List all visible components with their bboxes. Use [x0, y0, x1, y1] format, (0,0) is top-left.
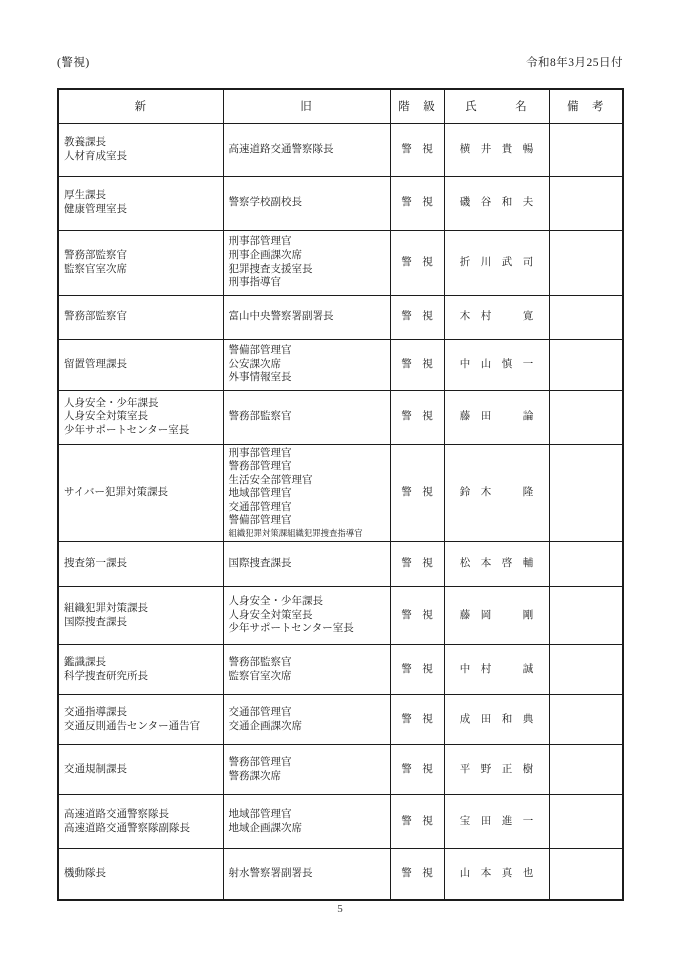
table-row: 人身安全・少年課長人身安全対策室長少年サポートセンター室長警務部監察官警 視藤 … — [58, 390, 623, 444]
table-row: 教養課長人材育成室長高速道路交通警察隊長警 視横 井 貴 暢 — [58, 123, 623, 176]
cell-old-post: 警務部管理官警務課次席 — [223, 745, 390, 795]
cell-line: 教養課長 — [64, 136, 218, 150]
cell-line: 科学捜査研究所長 — [64, 670, 218, 684]
cell-line: 少年サポートセンター室長 — [229, 622, 385, 636]
cell-remarks — [549, 745, 623, 795]
cell-line: 警 視 — [396, 557, 439, 571]
cell-old-post: 警務部監察官 — [223, 390, 390, 444]
cell-line: 警備部管理官 — [229, 514, 385, 528]
cell-new-post: 教養課長人材育成室長 — [58, 123, 223, 176]
cell-line: 警 視 — [396, 486, 439, 500]
cell-name: 鈴 木 隆 — [444, 444, 549, 542]
cell-name: 宝 田 進 一 — [444, 795, 549, 849]
cell-name: 横 井 貴 暢 — [444, 123, 549, 176]
cell-line: 中 山 慎 一 — [450, 358, 544, 372]
cell-old-post: 富山中央警察署副署長 — [223, 295, 390, 339]
cell-line: 警務部管理官 — [229, 460, 385, 474]
cell-name: 藤 岡 剛 — [444, 587, 549, 645]
cell-line: サイバー犯罪対策課長 — [64, 486, 218, 500]
table-row: 捜査第一課長国際捜査課長警 視松 本 啓 輔 — [58, 542, 623, 587]
cell-line: 高速道路交通警察隊長 — [229, 143, 385, 157]
cell-line: 少年サポートセンター室長 — [64, 424, 218, 438]
cell-remarks — [549, 230, 623, 295]
table-row: 交通規制課長警務部管理官警務課次席警 視平 野 正 樹 — [58, 745, 623, 795]
cell-remarks — [549, 295, 623, 339]
cell-rank: 警 視 — [390, 587, 444, 645]
cell-remarks — [549, 339, 623, 390]
table-row: 鑑識課長科学捜査研究所長警務部監察官監察官室次席警 視中 村 誠 — [58, 645, 623, 695]
cell-line: 刑事指導官 — [229, 276, 385, 290]
cell-line: 人身安全・少年課長 — [64, 397, 218, 411]
cell-rank: 警 視 — [390, 542, 444, 587]
cell-name: 木 村 寛 — [444, 295, 549, 339]
cell-name: 山 本 真 也 — [444, 849, 549, 900]
cell-line: 横 井 貴 暢 — [450, 143, 544, 157]
cell-line: 松 本 啓 輔 — [450, 557, 544, 571]
cell-old-post: 警察学校副校長 — [223, 176, 390, 230]
cell-line: 平 野 正 樹 — [450, 763, 544, 777]
cell-line: 生活安全部管理官 — [229, 474, 385, 488]
cell-remarks — [549, 587, 623, 645]
cell-new-post: 交通指導課長交通反則通告センター通告官 — [58, 695, 223, 745]
cell-line: 宝 田 進 一 — [450, 815, 544, 829]
cell-rank: 警 視 — [390, 795, 444, 849]
table-row: 警務部監察官監察官室次席刑事部管理官刑事企画課次席犯罪捜査支援室長刑事指導官警 … — [58, 230, 623, 295]
cell-new-post: 人身安全・少年課長人身安全対策室長少年サポートセンター室長 — [58, 390, 223, 444]
cell-new-post: 警務部監察官監察官室次席 — [58, 230, 223, 295]
table-row: 機動隊長射水警察署副署長警 視山 本 真 也 — [58, 849, 623, 900]
cell-line: 交通反則通告センター通告官 — [64, 720, 218, 734]
cell-line: 藤 岡 剛 — [450, 609, 544, 623]
cell-name: 中 山 慎 一 — [444, 339, 549, 390]
cell-remarks — [549, 176, 623, 230]
col-header-name: 氏 名 — [444, 89, 549, 123]
cell-line: 公安課次席 — [229, 358, 385, 372]
cell-new-post: 警務部監察官 — [58, 295, 223, 339]
cell-line: 警 視 — [396, 815, 439, 829]
table-row: 組織犯罪対策課長国際捜査課長人身安全・少年課長人身安全対策室長少年サポートセンタ… — [58, 587, 623, 645]
cell-line: 警 視 — [396, 256, 439, 270]
cell-line: 警 視 — [396, 609, 439, 623]
col-header-new: 新 — [58, 89, 223, 123]
cell-line: 警務部管理官 — [229, 756, 385, 770]
cell-new-post: 交通規制課長 — [58, 745, 223, 795]
cell-remarks — [549, 849, 623, 900]
cell-line: 山 本 真 也 — [450, 867, 544, 881]
cell-line: 監察官室次席 — [64, 263, 218, 277]
col-header-rank: 階 級 — [390, 89, 444, 123]
cell-rank: 警 視 — [390, 123, 444, 176]
cell-line: 機動隊長 — [64, 867, 218, 881]
cell-rank: 警 視 — [390, 849, 444, 900]
cell-line: 成 田 和 典 — [450, 713, 544, 727]
rank-category-label: (警視) — [57, 54, 90, 70]
table-row: 交通指導課長交通反則通告センター通告官交通部管理官交通企画課次席警 視成 田 和… — [58, 695, 623, 745]
table-row: 厚生課長健康管理室長警察学校副校長警 視磯 谷 和 夫 — [58, 176, 623, 230]
cell-line: 留置管理課長 — [64, 358, 218, 372]
col-header-old: 旧 — [223, 89, 390, 123]
cell-line: 高速道路交通警察隊長 — [64, 808, 218, 822]
cell-old-post: 警務部監察官監察官室次席 — [223, 645, 390, 695]
cell-remarks — [549, 695, 623, 745]
cell-old-post: 高速道路交通警察隊長 — [223, 123, 390, 176]
cell-name: 折 川 武 司 — [444, 230, 549, 295]
page-number: 5 — [0, 903, 680, 915]
cell-line: 警務部監察官 — [229, 410, 385, 424]
cell-line: 警 視 — [396, 410, 439, 424]
personnel-transfer-table: 新 旧 階 級 氏 名 備 考 教養課長人材育成室長高速道路交通警察隊長警 視横… — [57, 88, 624, 901]
cell-remarks — [549, 123, 623, 176]
cell-line: 外事情報室長 — [229, 371, 385, 385]
cell-rank: 警 視 — [390, 745, 444, 795]
cell-line: 富山中央警察署副署長 — [229, 310, 385, 324]
cell-rank: 警 視 — [390, 176, 444, 230]
cell-line: 藤 田 論 — [450, 410, 544, 424]
cell-line: 木 村 寛 — [450, 310, 544, 324]
cell-line: 警 視 — [396, 196, 439, 210]
cell-old-post: 国際捜査課長 — [223, 542, 390, 587]
cell-new-post: サイバー犯罪対策課長 — [58, 444, 223, 542]
table-row: 高速道路交通警察隊長高速道路交通警察隊副隊長地域部管理官地域企画課次席警 視宝 … — [58, 795, 623, 849]
cell-old-post: 刑事部管理官刑事企画課次席犯罪捜査支援室長刑事指導官 — [223, 230, 390, 295]
cell-line: 警 視 — [396, 310, 439, 324]
cell-name: 磯 谷 和 夫 — [444, 176, 549, 230]
cell-line: 犯罪捜査支援室長 — [229, 263, 385, 277]
cell-line: 捜査第一課長 — [64, 557, 218, 571]
cell-line: 地域部管理官 — [229, 808, 385, 822]
table-header-row: 新 旧 階 級 氏 名 備 考 — [58, 89, 623, 123]
cell-new-post: 機動隊長 — [58, 849, 223, 900]
cell-line: 警 視 — [396, 358, 439, 372]
cell-line: 警備部管理官 — [229, 344, 385, 358]
table-row: 警務部監察官富山中央警察署副署長警 視木 村 寛 — [58, 295, 623, 339]
cell-name: 松 本 啓 輔 — [444, 542, 549, 587]
cell-line: 警 視 — [396, 663, 439, 677]
cell-remarks — [549, 645, 623, 695]
cell-name: 成 田 和 典 — [444, 695, 549, 745]
cell-old-post: 地域部管理官地域企画課次席 — [223, 795, 390, 849]
cell-remarks — [549, 795, 623, 849]
cell-name: 藤 田 論 — [444, 390, 549, 444]
cell-line: 厚生課長 — [64, 189, 218, 203]
cell-line: 高速道路交通警察隊副隊長 — [64, 822, 218, 836]
cell-name: 中 村 誠 — [444, 645, 549, 695]
cell-line: 交通企画課次席 — [229, 720, 385, 734]
cell-line: 中 村 誠 — [450, 663, 544, 677]
cell-line-small: 組織犯罪対策課組織犯罪捜査指導官 — [229, 528, 385, 539]
cell-new-post: 組織犯罪対策課長国際捜査課長 — [58, 587, 223, 645]
cell-old-post: 刑事部管理官警務部管理官生活安全部管理官地域部管理官交通部管理官警備部管理官組織… — [223, 444, 390, 542]
cell-line: 警察学校副校長 — [229, 196, 385, 210]
cell-line: 警 視 — [396, 867, 439, 881]
cell-line: 警務部監察官 — [64, 249, 218, 263]
cell-line: 刑事企画課次席 — [229, 249, 385, 263]
cell-line: 交通部管理官 — [229, 501, 385, 515]
document-page: (警視) 令和8年3月25日付 新 旧 階 級 氏 名 備 考 教養課長人材育成… — [0, 0, 680, 961]
cell-line: 人身安全対策室長 — [229, 609, 385, 623]
cell-line: 健康管理室長 — [64, 203, 218, 217]
cell-rank: 警 視 — [390, 695, 444, 745]
cell-line: 刑事部管理官 — [229, 235, 385, 249]
cell-rank: 警 視 — [390, 295, 444, 339]
cell-old-post: 交通部管理官交通企画課次席 — [223, 695, 390, 745]
cell-line: 地域部管理官 — [229, 487, 385, 501]
cell-line: 磯 谷 和 夫 — [450, 196, 544, 210]
table-row: サイバー犯罪対策課長刑事部管理官警務部管理官生活安全部管理官地域部管理官交通部管… — [58, 444, 623, 542]
cell-rank: 警 視 — [390, 339, 444, 390]
effective-date-label: 令和8年3月25日付 — [526, 54, 623, 70]
cell-line: 警 視 — [396, 143, 439, 157]
cell-line: 人身安全対策室長 — [64, 410, 218, 424]
cell-line: 監察官室次席 — [229, 670, 385, 684]
table-body: 教養課長人材育成室長高速道路交通警察隊長警 視横 井 貴 暢厚生課長健康管理室長… — [58, 123, 623, 900]
cell-line: 鈴 木 隆 — [450, 486, 544, 500]
cell-line: 交通指導課長 — [64, 706, 218, 720]
cell-remarks — [549, 390, 623, 444]
cell-line: 国際捜査課長 — [64, 616, 218, 630]
cell-new-post: 高速道路交通警察隊長高速道路交通警察隊副隊長 — [58, 795, 223, 849]
cell-new-post: 留置管理課長 — [58, 339, 223, 390]
cell-line: 国際捜査課長 — [229, 557, 385, 571]
cell-old-post: 人身安全・少年課長人身安全対策室長少年サポートセンター室長 — [223, 587, 390, 645]
cell-line: 警 視 — [396, 713, 439, 727]
cell-new-post: 捜査第一課長 — [58, 542, 223, 587]
cell-line: 折 川 武 司 — [450, 256, 544, 270]
cell-rank: 警 視 — [390, 230, 444, 295]
cell-line: 射水警察署副署長 — [229, 867, 385, 881]
cell-rank: 警 視 — [390, 645, 444, 695]
cell-old-post: 射水警察署副署長 — [223, 849, 390, 900]
cell-rank: 警 視 — [390, 444, 444, 542]
cell-line: 鑑識課長 — [64, 656, 218, 670]
cell-new-post: 厚生課長健康管理室長 — [58, 176, 223, 230]
table-row: 留置管理課長警備部管理官公安課次席外事情報室長警 視中 山 慎 一 — [58, 339, 623, 390]
cell-name: 平 野 正 樹 — [444, 745, 549, 795]
cell-remarks — [549, 542, 623, 587]
cell-line: 交通部管理官 — [229, 706, 385, 720]
cell-line: 交通規制課長 — [64, 763, 218, 777]
cell-line: 人身安全・少年課長 — [229, 595, 385, 609]
cell-new-post: 鑑識課長科学捜査研究所長 — [58, 645, 223, 695]
cell-remarks — [549, 444, 623, 542]
cell-line: 警務課次席 — [229, 770, 385, 784]
cell-line: 組織犯罪対策課長 — [64, 602, 218, 616]
cell-line: 刑事部管理官 — [229, 447, 385, 461]
cell-line: 警務部監察官 — [64, 310, 218, 324]
col-header-remarks: 備 考 — [549, 89, 623, 123]
cell-rank: 警 視 — [390, 390, 444, 444]
page-header: (警視) 令和8年3月25日付 — [57, 54, 623, 70]
cell-line: 警務部監察官 — [229, 656, 385, 670]
cell-line: 警 視 — [396, 763, 439, 777]
cell-old-post: 警備部管理官公安課次席外事情報室長 — [223, 339, 390, 390]
cell-line: 地域企画課次席 — [229, 822, 385, 836]
cell-line: 人材育成室長 — [64, 150, 218, 164]
